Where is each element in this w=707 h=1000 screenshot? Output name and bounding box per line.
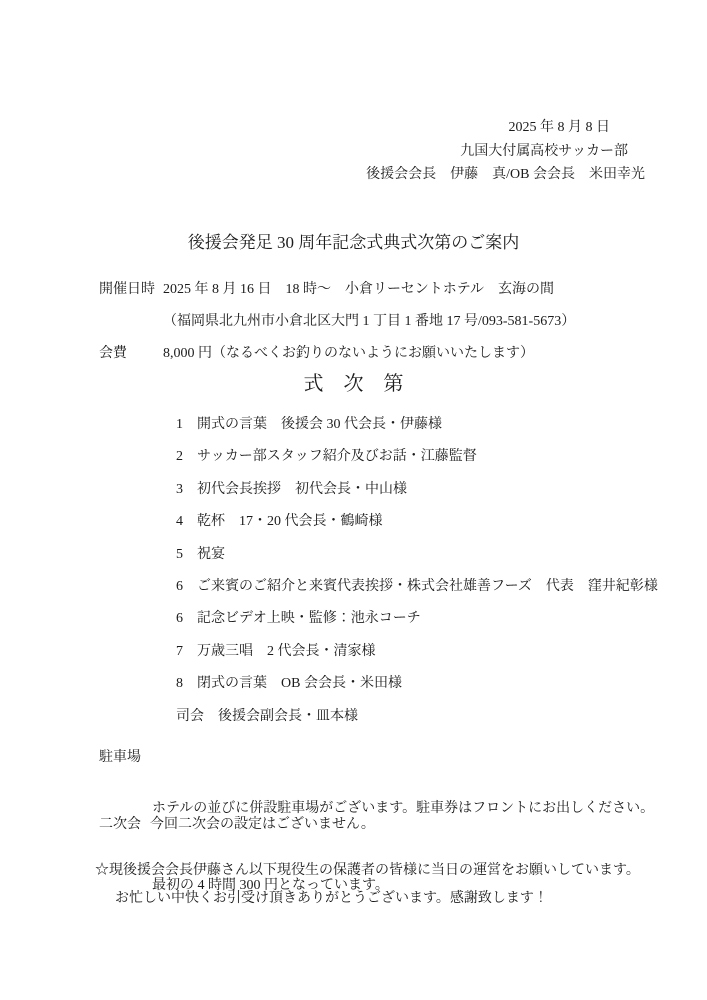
program-item: 6 ご来賓のご紹介と来賓代表挨拶・株式会社雄善フーズ 代表 窪井紀彰様 bbox=[0, 571, 707, 603]
program-mc-row: 司会 後援会副会長・皿本様 bbox=[0, 701, 707, 733]
program-item: 2 サッカー部スタッフ紹介及びお話・江藤監督 bbox=[0, 441, 707, 473]
event-details: 開催日時 2025 年 8 月 16 日 18 時～ 小倉リーセントホテル 玄海… bbox=[0, 274, 707, 370]
program-item-number: 2 bbox=[176, 441, 183, 473]
signatories: 後援会会長 伊藤 真/OB 会会長 米田幸光 bbox=[0, 163, 707, 187]
program-item-number: 4 bbox=[176, 506, 183, 538]
program-item-text: 閉式の言葉 OB 会会長・米田様 bbox=[197, 668, 402, 700]
datetime-row: 開催日時 2025 年 8 月 16 日 18 時～ 小倉リーセントホテル 玄海… bbox=[0, 274, 707, 306]
venue-address: （福岡県北九州市小倉北区大門 1 丁目 1 番地 17 号/093-581-56… bbox=[163, 306, 575, 338]
program-item-number: 3 bbox=[176, 474, 183, 506]
datetime-label: 開催日時 bbox=[99, 274, 155, 306]
program-item-text: ご来賓のご紹介と来賓代表挨拶・株式会社雄善フーズ 代表 窪井紀彰様 bbox=[197, 571, 658, 603]
page-title: 後援会発足 30 周年記念式典式次第のご案内 bbox=[0, 233, 707, 253]
fee-value: 8,000 円（なるべくお釣りのないようにお願いいたします） bbox=[163, 338, 534, 370]
closing-line1: ☆現後援会会長伊藤さん以下現役生の保護者の皆様に当日の運営をお願いしています。 bbox=[0, 857, 707, 885]
organization-name: 九国大付属高校サッカー部 bbox=[0, 140, 707, 164]
closing-line2: お忙しい中快くお引受け頂きありがとうございます。感謝致します！ bbox=[0, 885, 707, 913]
program-item-text: 万歳三唱 2 代会長・清家様 bbox=[197, 636, 376, 668]
mc-line: 司会 後援会副会長・皿本様 bbox=[176, 701, 358, 733]
program-item: 8 閉式の言葉 OB 会会長・米田様 bbox=[0, 668, 707, 700]
address-row: （福岡県北九州市小倉北区大門 1 丁目 1 番地 17 号/093-581-56… bbox=[0, 306, 707, 338]
parking-body: ホテルの並びに併設駐車場がございます。駐車券はフロントにお出しください。 最初の… bbox=[152, 745, 654, 949]
closing-remarks: ☆現後援会会長伊藤さん以下現役生の保護者の皆様に当日の運営をお願いしています。 … bbox=[0, 857, 707, 913]
program-heading: 式 次 第 bbox=[0, 372, 707, 396]
program-item-text: 記念ビデオ上映・監修：池永コーチ bbox=[197, 603, 421, 635]
document-date: 2025 年 8 月 8 日 bbox=[0, 116, 707, 140]
program-item-text: 開式の言葉 後援会 30 代会長・伊藤様 bbox=[197, 409, 442, 441]
fee-row: 会費 8,000 円（なるべくお釣りのないようにお願いいたします） bbox=[0, 338, 707, 370]
program-list: 1 開式の言葉 後援会 30 代会長・伊藤様 2 サッカー部スタッフ紹介及びお話… bbox=[0, 409, 707, 733]
parking-label: 駐車場 bbox=[99, 745, 141, 771]
fee-label: 会費 bbox=[99, 338, 127, 370]
program-item-number: 1 bbox=[176, 409, 183, 441]
program-item-number: 6 bbox=[176, 571, 183, 603]
datetime-value: 2025 年 8 月 16 日 18 時～ 小倉リーセントホテル 玄海の間 bbox=[163, 274, 554, 306]
program-item: 3 初代会長挨拶 初代会長・中山様 bbox=[0, 474, 707, 506]
afterparty-body: 今回二次会の設定はございません。 bbox=[150, 812, 375, 838]
document-page: 2025 年 8 月 8 日 九国大付属高校サッカー部 後援会会長 伊藤 真/O… bbox=[0, 0, 707, 1000]
program-item: 7 万歳三唱 2 代会長・清家様 bbox=[0, 636, 707, 668]
program-item-number: 6 bbox=[176, 603, 183, 635]
sender-header: 2025 年 8 月 8 日 九国大付属高校サッカー部 後援会会長 伊藤 真/O… bbox=[0, 116, 707, 187]
program-item-text: 初代会長挨拶 初代会長・中山様 bbox=[197, 474, 407, 506]
program-item: 4 乾杯 17・20 代会長・鶴崎様 bbox=[0, 506, 707, 538]
program-item: 6 記念ビデオ上映・監修：池永コーチ bbox=[0, 603, 707, 635]
program-item-text: 祝宴 bbox=[197, 539, 225, 571]
program-item-text: サッカー部スタッフ紹介及びお話・江藤監督 bbox=[197, 441, 477, 473]
program-item-number: 8 bbox=[176, 668, 183, 700]
program-item: 5 祝宴 bbox=[0, 539, 707, 571]
program-item-number: 7 bbox=[176, 636, 183, 668]
program-item-number: 5 bbox=[176, 539, 183, 571]
program-item: 1 開式の言葉 後援会 30 代会長・伊藤様 bbox=[0, 409, 707, 441]
afterparty-label: 二次会 bbox=[99, 812, 141, 838]
program-item-text: 乾杯 17・20 代会長・鶴崎様 bbox=[197, 506, 383, 538]
